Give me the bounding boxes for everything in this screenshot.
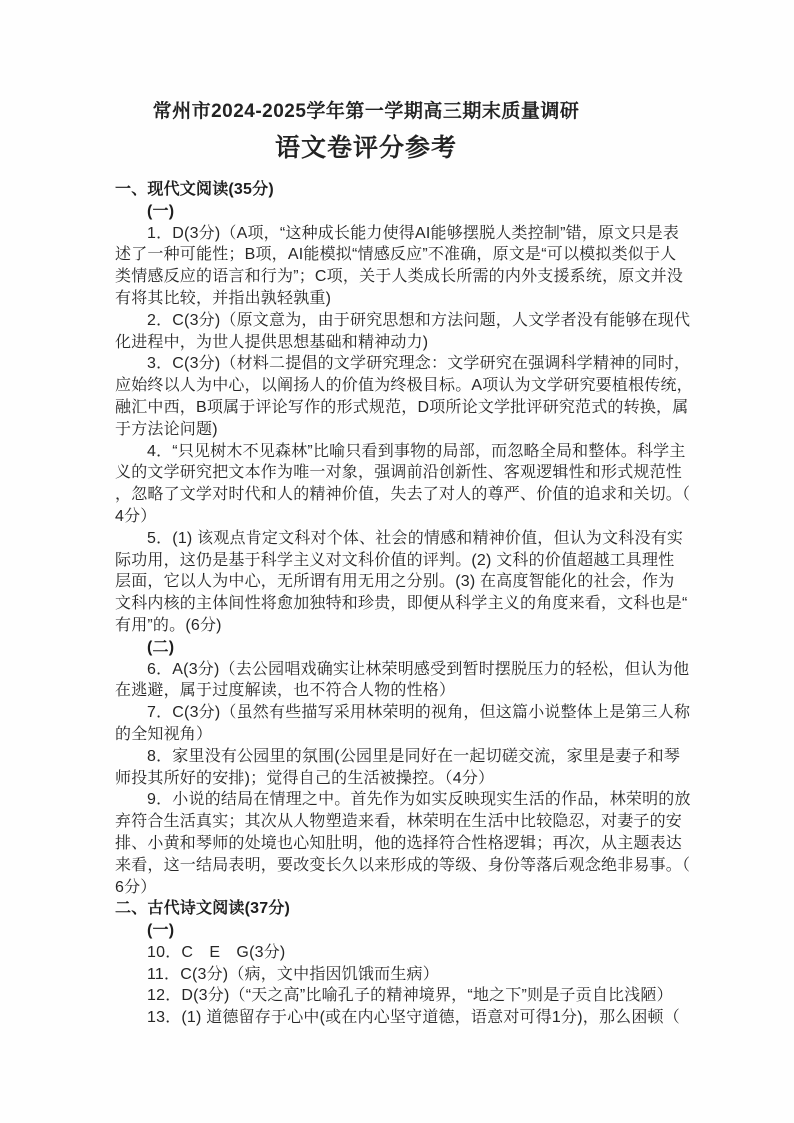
text-line: 1．D(3分)（A项，“这种成长能力使得AI能够摆脱人类控制”错，原文只是表 <box>115 223 715 245</box>
text-line: 11．C(3分)（病，文中指因饥饿而生病） <box>115 964 715 986</box>
text-line: 8．家里没有公园里的氛围(公园里是同好在一起切磋交流，家里是妻子和琴 <box>115 746 715 768</box>
text-line: 类情感反应的语言和行为”；C项，关于人类成长所需的内外支援系统，原文并没 <box>115 266 715 288</box>
text-line: 13．(1) 道德留存于心中(或在内心坚守道德，语意对可得1分)，那么困顿（ <box>115 1007 715 1029</box>
text-line: 应始终以人为中心，以阐扬人的价值为终极目标。A项认为文学研究要植根传统， <box>115 375 715 397</box>
text-line: 4分） <box>115 506 715 528</box>
part-heading: (一) <box>115 920 715 942</box>
text-line: 融汇中西，B项属于评论写作的形式规范，D项所论文学批评研究范式的转换，属 <box>115 397 715 419</box>
part-heading: (二) <box>115 637 715 659</box>
text-line: 10．C E G(3分) <box>115 942 715 964</box>
answer-lines: 一、现代文阅读(35分)(一)1．D(3分)（A项，“这种成长能力使得AI能够摆… <box>115 179 715 1029</box>
section-heading: 二、古代诗文阅读(37分) <box>115 898 715 920</box>
part-heading: (一) <box>115 201 715 223</box>
text-line: 层面，它以人为中心，无所谓有用无用之分别。(3) 在高度智能化的社会，作为 <box>115 571 715 593</box>
text-line: 在逃避，属于过度解读，也不符合人物的性格） <box>115 680 715 702</box>
text-line: 6分） <box>115 877 715 899</box>
section-heading: 一、现代文阅读(35分) <box>115 179 715 201</box>
text-line: 弃符合生活真实；其次从人物塑造来看，林荣明在生活中比较隐忍，对妻子的安 <box>115 811 715 833</box>
text-line: 义的文学研究把文本作为唯一对象，强调前沿创新性、客观逻辑性和形式规范性 <box>115 462 715 484</box>
text-line: 际功用，这仍是基于科学主义对文科价值的评判。(2) 文科的价值超越工具理性 <box>115 550 715 572</box>
text-line: 3．C(3分)（材料二提倡的文学研究理念：文学研究在强调科学精神的同时， <box>115 353 715 375</box>
text-line: 的全知视角） <box>115 724 715 746</box>
text-line: 排、小黄和琴师的处境也心知肚明，他的选择符合性格逻辑；再次，从主题表达 <box>115 833 715 855</box>
text-line: 于方法论问题) <box>115 419 715 441</box>
text-line: 4．“只见树木不见森林”比喻只看到事物的局部，而忽略全局和整体。科学主 <box>115 441 715 463</box>
text-line: 化进程中，为世人提供思想基础和精神动力) <box>115 332 715 354</box>
text-line: 6．A(3分)（去公园唱戏确实让林荣明感受到暂时摆脱压力的轻松，但认为他 <box>115 659 715 681</box>
document-page: 常州市2024-2025学年第一学期高三期末质量调研 语文卷评分参考 一、现代文… <box>0 0 794 1123</box>
text-line: 来看，这一结局表明，要改变长久以来形成的等级、身份等落后观念绝非易事。（ <box>115 855 715 877</box>
text-line: 9．小说的结局在情理之中。首先作为如实反映现实生活的作品，林荣明的放 <box>115 789 715 811</box>
text-line: 述了一种可能性；B项，AI能模拟“情感反应”不准确，原文是“可以模拟类似于人 <box>115 244 715 266</box>
text-line: 师投其所好的安排)；觉得自己的生活被操控。（4分） <box>115 768 715 790</box>
text-line: 5．(1) 该观点肯定文科对个体、社会的情感和精神价值，但认为文科没有实 <box>115 528 715 550</box>
text-line: 有将其比较，并指出孰轻孰重) <box>115 288 715 310</box>
text-line: 有用”的。(6分) <box>115 615 715 637</box>
text-line: 7．C(3分)（虽然有些描写采用林荣明的视角，但这篇小说整体上是第三人称 <box>115 702 715 724</box>
text-line: 12．D(3分)（“天之高”比喻孔子的精神境界，“地之下”则是子贡自比浅陋） <box>115 985 715 1007</box>
text-line: ，忽略了文学对时代和人的精神价值，失去了对人的尊严、价值的追求和关切。（ <box>115 484 715 506</box>
document-subtitle: 语文卷评分参考 <box>0 128 732 164</box>
text-line: 文科内核的主体间性将愈加独特和珍贵，即便从科学主义的角度来看，文科也是“ <box>115 593 715 615</box>
text-line: 2．C(3分)（原文意为，由于研究思想和方法问题，人文学者没有能够在现代 <box>115 310 715 332</box>
document-title: 常州市2024-2025学年第一学期高三期末质量调研 <box>0 96 732 123</box>
